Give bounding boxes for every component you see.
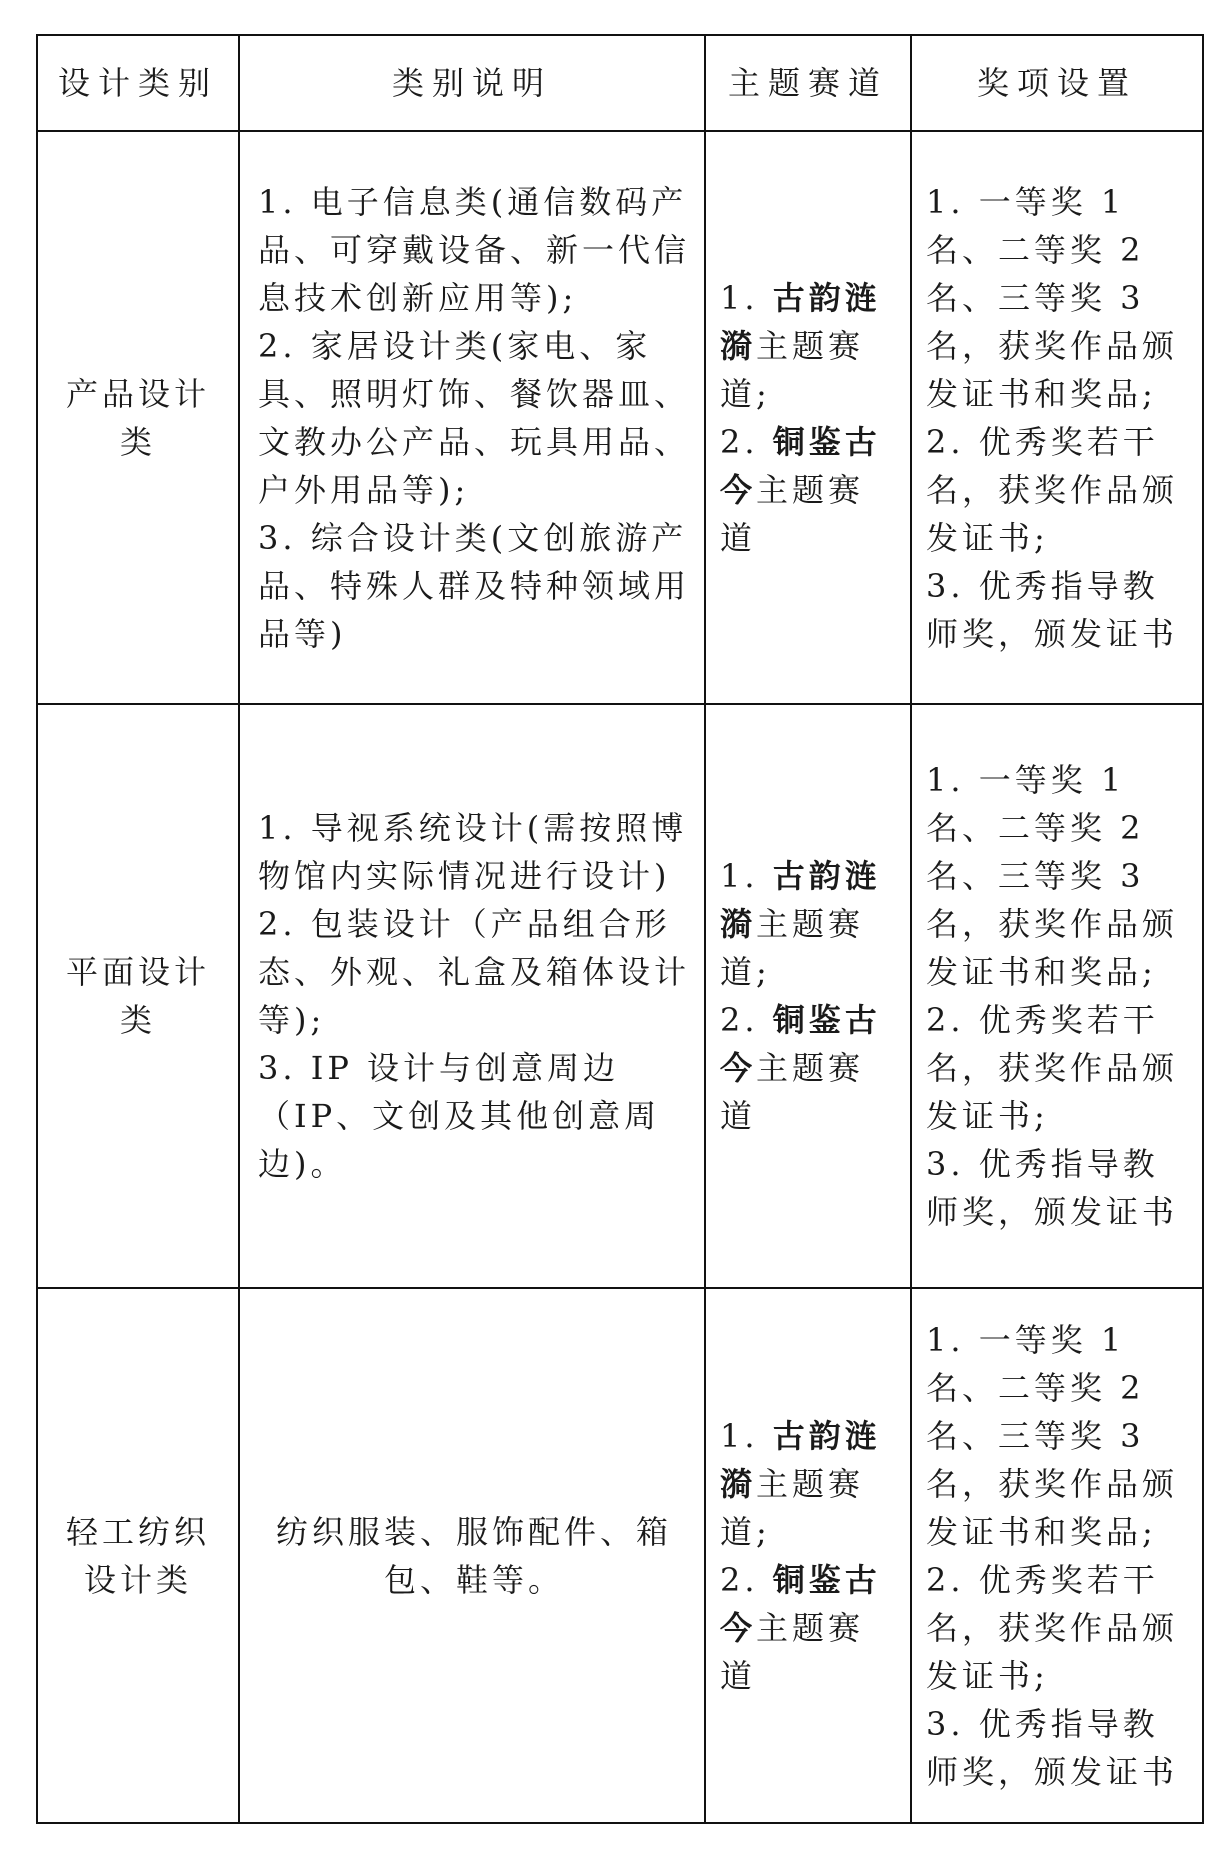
description-item: 1. 导视系统设计(需按照博物馆内实际情况进行设计) [258,804,690,900]
track-cell: 1. 古韵涟漪主题赛道; 2. 铜鉴古今主题赛道 [705,704,911,1288]
table-row: 平面设计类 1. 导视系统设计(需按照博物馆内实际情况进行设计) 2. 包装设计… [37,704,1203,1288]
description-item: 3. 综合设计类(文创旅游产品、特殊人群及特种领域用品等) [258,514,690,658]
track-cell: 1. 古韵涟漪主题赛道; 2. 铜鉴古今主题赛道 [705,131,911,704]
award-cell: 1. 一等奖 1 名、二等奖 2 名、三等奖 3 名，获奖作品颁发证书和奖品; … [911,1288,1203,1823]
track-number: 2. [720,423,773,461]
track-cell: 1. 古韵涟漪主题赛道; 2. 铜鉴古今主题赛道 [705,1288,911,1823]
description-item: 纺织服装、服饰配件、箱包、鞋等。 [258,1508,690,1604]
header-category-description: 类别说明 [239,35,705,131]
track-number: 1. [720,1417,773,1455]
award-item: 2. 优秀奖若干名，获奖作品颁发证书; [926,418,1192,562]
table-row: 产品设计类 1. 电子信息类(通信数码产品、可穿戴设备、新一代信息技术创新应用等… [37,131,1203,704]
award-item: 3. 优秀指导教师奖，颁发证书 [926,562,1192,658]
track-number: 1. [720,279,773,317]
award-item: 2. 优秀奖若干名，获奖作品颁发证书; [926,1556,1192,1700]
track-item: 2. 铜鉴古今主题赛道 [720,418,900,562]
header-theme-track: 主题赛道 [705,35,911,131]
track-item: 2. 铜鉴古今主题赛道 [720,996,900,1140]
track-number: 2. [720,1001,773,1039]
category-cell: 轻工纺织设计类 [37,1288,239,1823]
category-cell: 平面设计类 [37,704,239,1288]
category-cell: 产品设计类 [37,131,239,704]
award-cell: 1. 一等奖 1 名、二等奖 2 名、三等奖 3 名，获奖作品颁发证书和奖品; … [911,131,1203,704]
award-categories-table: 设计类别 类别说明 主题赛道 奖项设置 产品设计类 1. 电子信息类(通信数码产… [36,34,1204,1824]
track-number: 1. [720,857,773,895]
header-row: 设计类别 类别说明 主题赛道 奖项设置 [37,35,1203,131]
award-item: 3. 优秀指导教师奖，颁发证书 [926,1700,1192,1796]
description-item: 1. 电子信息类(通信数码产品、可穿戴设备、新一代信息技术创新应用等); [258,178,690,322]
header-design-category: 设计类别 [37,35,239,131]
track-number: 2. [720,1561,773,1599]
track-item: 2. 铜鉴古今主题赛道 [720,1556,900,1700]
description-item: 2. 家居设计类(家电、家具、照明灯饰、餐饮器皿、文教办公产品、玩具用品、户外用… [258,322,690,514]
track-item: 1. 古韵涟漪主题赛道; [720,1412,900,1556]
description-item: 3. IP 设计与创意周边（IP、文创及其他创意周边)。 [258,1044,690,1188]
award-cell: 1. 一等奖 1 名、二等奖 2 名、三等奖 3 名，获奖作品颁发证书和奖品; … [911,704,1203,1288]
description-cell: 1. 导视系统设计(需按照博物馆内实际情况进行设计) 2. 包装设计（产品组合形… [239,704,705,1288]
award-item: 1. 一等奖 1 名、二等奖 2 名、三等奖 3 名，获奖作品颁发证书和奖品; [926,1316,1192,1556]
award-item: 1. 一等奖 1 名、二等奖 2 名、三等奖 3 名，获奖作品颁发证书和奖品; [926,756,1192,996]
award-item: 3. 优秀指导教师奖，颁发证书 [926,1140,1192,1236]
header-award-settings: 奖项设置 [911,35,1203,131]
award-item: 2. 优秀奖若干名，获奖作品颁发证书; [926,996,1192,1140]
description-cell: 1. 电子信息类(通信数码产品、可穿戴设备、新一代信息技术创新应用等); 2. … [239,131,705,704]
track-item: 1. 古韵涟漪主题赛道; [720,274,900,418]
track-item: 1. 古韵涟漪主题赛道; [720,852,900,996]
description-item: 2. 包装设计（产品组合形态、外观、礼盒及箱体设计等); [258,900,690,1044]
table-row: 轻工纺织设计类 纺织服装、服饰配件、箱包、鞋等。 1. 古韵涟漪主题赛道; 2.… [37,1288,1203,1823]
award-item: 1. 一等奖 1 名、二等奖 2 名、三等奖 3 名，获奖作品颁发证书和奖品; [926,178,1192,418]
description-cell: 纺织服装、服饰配件、箱包、鞋等。 [239,1288,705,1823]
